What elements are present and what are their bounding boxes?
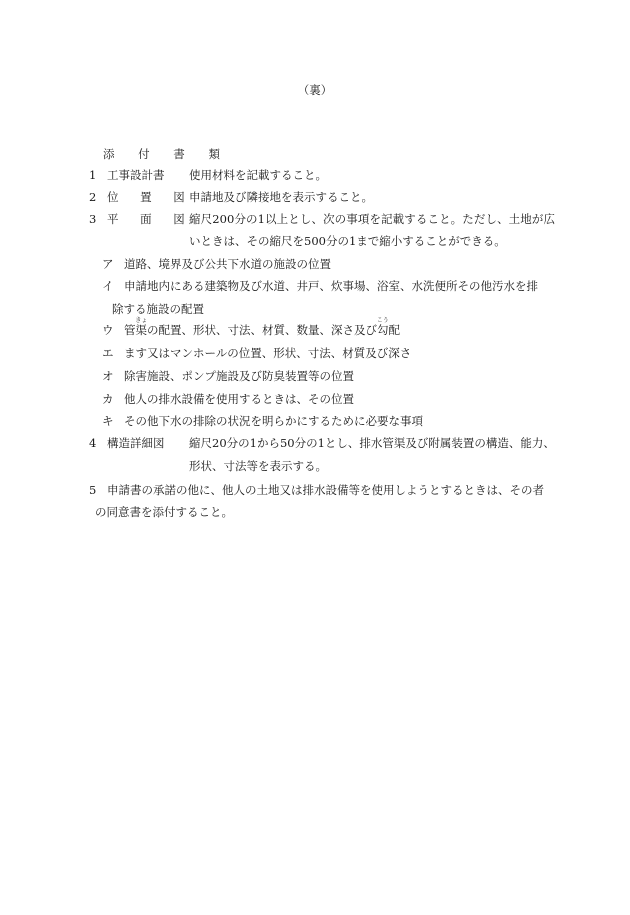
subitem-a-text: 道路、境界及び公共下水道の施設の位置 bbox=[124, 257, 331, 271]
item-3-desc-line-1: 縮尺200分の1以上とし、次の事項を記載すること。ただし、土地が広 bbox=[189, 212, 555, 226]
subitem-u-mark: ウ bbox=[102, 323, 114, 337]
item-4-desc-line-1: 縮尺20分の1から50分の1とし、排水管渠及び附属装置の構造、能力、 bbox=[189, 436, 555, 450]
ruby-kou: 勾こう bbox=[377, 323, 389, 337]
subitem-o-mark: オ bbox=[102, 369, 114, 383]
section-heading: 添 付 書 類 bbox=[103, 147, 230, 161]
item-5-text-line-2: の同意書を添付すること。 bbox=[95, 505, 233, 519]
item-4-number: 4 bbox=[89, 436, 96, 450]
item-4-desc-line-2: 形状、寸法等を表示する。 bbox=[189, 459, 327, 473]
item-1-desc: 使用材料を記載すること。 bbox=[189, 168, 327, 182]
subitem-ki-text: その他下水の排除の状況を明らかにするために必要な事項 bbox=[124, 414, 423, 428]
item-2-desc: 申請地及び隣接地を表示すること。 bbox=[189, 190, 373, 204]
item-2-label: 位 置 図 bbox=[107, 190, 194, 204]
subitem-e-mark: エ bbox=[102, 346, 114, 360]
item-5-text-line-1: 申請書の承諾の他に、他人の土地又は排水設備等を使用しようとするときは、その者 bbox=[107, 483, 544, 497]
subitem-e-text: ます又はマンホールの位置、形状、寸法、材質及び深さ bbox=[124, 346, 411, 360]
page-title: （裏） bbox=[0, 83, 630, 97]
subitem-a-mark: ア bbox=[102, 257, 114, 271]
item-4-label: 構造詳細図 bbox=[107, 436, 165, 450]
subitem-ki-mark: キ bbox=[102, 414, 114, 428]
subitem-o-text: 除害施設、ポンプ施設及び防臭装置等の位置 bbox=[124, 369, 354, 383]
item-3-number: 3 bbox=[89, 212, 96, 226]
item-1-label: 工事設計書 bbox=[107, 168, 165, 182]
item-5-number: 5 bbox=[89, 483, 96, 497]
subitem-i-text-line-1: 申請地内にある建築物及び水道、井戸、炊事場、浴室、水洗便所その他汚水を排 bbox=[124, 279, 538, 293]
subitem-ka-text: 他人の排水設備を使用するときは、その位置 bbox=[124, 392, 354, 406]
item-1-number: 1 bbox=[89, 168, 96, 182]
item-3-desc-line-2: いときは、その縮尺を500分の1まで縮小することができる。 bbox=[189, 234, 506, 248]
subitem-i-text-line-2: 除する施設の配置 bbox=[112, 302, 204, 316]
subitem-ka-mark: カ bbox=[102, 392, 114, 406]
ruby-kyo: 渠きょ bbox=[136, 323, 148, 337]
subitem-u-text: 管渠きょの配置、形状、寸法、材質、数量、深さ及び勾こう配 bbox=[124, 317, 400, 340]
item-3-label: 平 面 図 bbox=[107, 212, 194, 226]
item-2-number: 2 bbox=[89, 190, 96, 204]
subitem-i-mark: イ bbox=[102, 279, 114, 293]
